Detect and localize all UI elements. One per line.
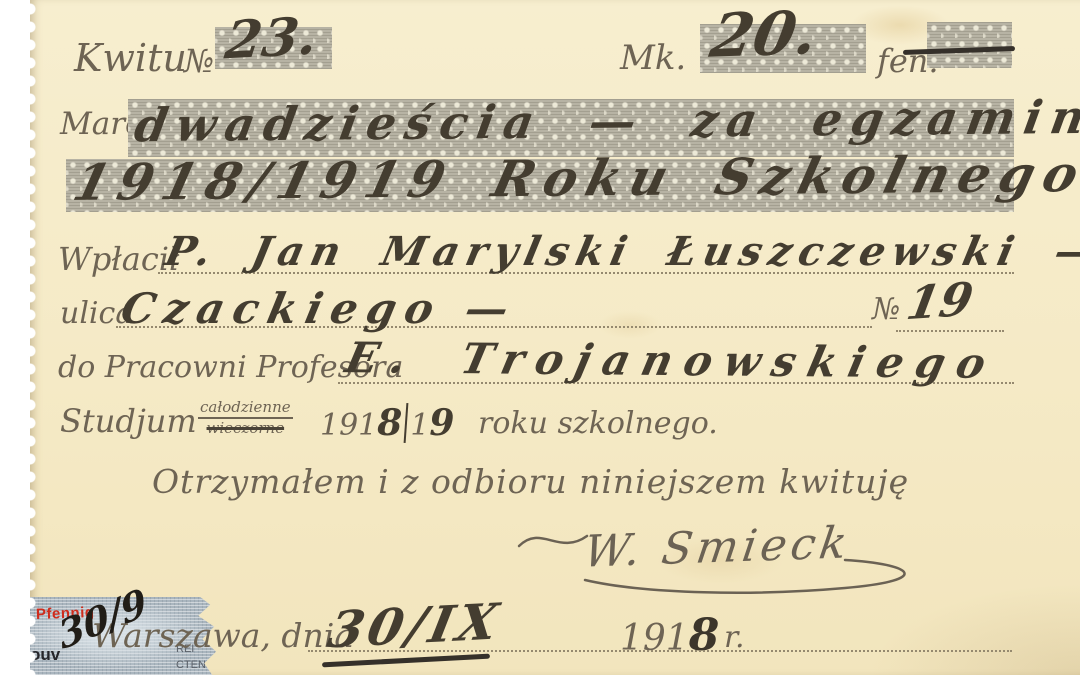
- studium-option-day: całodzienne: [198, 399, 293, 419]
- house-number-value: 19: [903, 272, 978, 330]
- year-hand: 8: [689, 610, 720, 661]
- school-year-value: 1918/1919 Roku Szkolnego —: [68, 143, 1080, 212]
- currency-label: Mk.: [620, 38, 686, 78]
- numero-sign: №: [184, 42, 214, 80]
- studium-year-printed-2: 1: [410, 408, 429, 443]
- studium-year-hand-1: 8: [377, 402, 402, 444]
- studium-year-divider: [404, 403, 409, 443]
- studium-label: Studjum: [60, 402, 197, 440]
- receipt-number-value: 23.: [222, 6, 321, 72]
- studium-option-evening: wieczorne: [198, 419, 293, 437]
- signature-block: W. Smieck: [515, 512, 955, 607]
- perforation-edge: [24, 0, 42, 675]
- studium-year: 191819: [320, 402, 454, 444]
- studium-suffix: roku szkolnego.: [478, 406, 718, 441]
- date-year: 1918: [620, 610, 719, 661]
- guilloche-band-fen: [927, 22, 1012, 68]
- acknowledgement-text: Otrzymałem i z odbioru niniejszem kwituj…: [152, 462, 909, 501]
- amount-words-value: dwadzieścia — za egzamin.: [131, 90, 1080, 153]
- scanned-receipt: Kwitu № 23. Mk. 20. fen. Marek dwadzieśc…: [0, 0, 1080, 675]
- studium-year-printed-1: 191: [320, 408, 377, 443]
- studium-year-hand-2: 9: [429, 402, 454, 444]
- amount-value: 20.: [705, 0, 823, 72]
- payer-value: P. Jan Marylski Łuszczewski —: [161, 228, 1080, 275]
- house-number-line: [896, 330, 1004, 332]
- year-printed: 191: [620, 618, 689, 659]
- studium-options: całodzienne wieczorne: [198, 399, 293, 437]
- signature: W. Smieck: [581, 517, 854, 577]
- stamp-fragment-cten: CTEN: [176, 659, 206, 671]
- studio-value: E. Trojanowskiego: [341, 333, 1002, 388]
- street-value: Czackiego —: [117, 284, 522, 333]
- house-number-sign: №: [872, 292, 900, 327]
- receipt-number-label: Kwitu: [74, 36, 187, 80]
- date-value: 30/IX: [323, 592, 507, 660]
